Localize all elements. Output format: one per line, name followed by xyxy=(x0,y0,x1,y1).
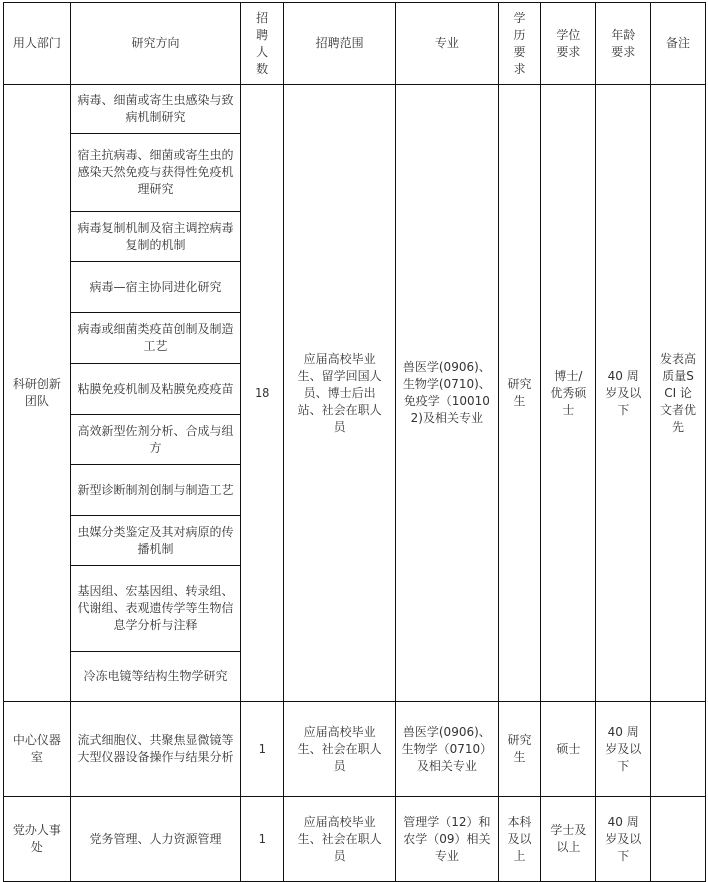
education-cell: 研究生 xyxy=(498,702,541,797)
direction-cell: 高效新型佐剂分析、合成与组方 xyxy=(70,415,240,465)
major-cell: 管理学（12）和农学（09）相关专业 xyxy=(396,797,498,882)
dept-cell: 中心仪器室 xyxy=(4,702,71,797)
direction-cell: 冷冻电镜等结构生物学研究 xyxy=(70,652,240,702)
education-cell: 研究生 xyxy=(498,85,541,702)
table-row: 党办人事处 党务管理、人力资源管理 1 应届高校毕业生、社会在职人员 管理学（1… xyxy=(4,797,706,882)
count-cell: 1 xyxy=(241,797,284,882)
degree-cell: 博士/优秀硕士 xyxy=(541,85,596,702)
header-age: 年龄要求 xyxy=(596,3,651,85)
count-cell: 18 xyxy=(241,85,284,702)
direction-cell: 病毒—宿主协同进化研究 xyxy=(70,262,240,313)
dept-cell: 科研创新团队 xyxy=(4,85,71,702)
count-cell: 1 xyxy=(241,702,284,797)
major-cell: 兽医学(0906)、生物学（0710）及相关专业 xyxy=(396,702,498,797)
header-row: 用人部门 研究方向 招聘人数 招聘范围 专业 学历要求 学位要求 年龄要求 备注 xyxy=(4,3,706,85)
age-cell: 40 周岁及以下 xyxy=(596,702,651,797)
education-cell: 本科及以上 xyxy=(498,797,541,882)
age-cell: 40 周岁及以下 xyxy=(596,797,651,882)
note-cell: 发表高质量SCI 论文者优先 xyxy=(651,85,706,702)
note-cell xyxy=(651,702,706,797)
direction-cell: 病毒或细菌类疫苗创制及制造工艺 xyxy=(70,313,240,364)
degree-cell: 硕士 xyxy=(541,702,596,797)
direction-cell: 病毒复制机制及宿主调控病毒复制的机制 xyxy=(70,212,240,262)
age-cell: 40 周岁及以下 xyxy=(596,85,651,702)
direction-cell: 基因组、宏基因组、转录组、代谢组、表观遗传学等生物信息学分析与注释 xyxy=(70,566,240,652)
degree-cell: 学士及以上 xyxy=(541,797,596,882)
header-dept: 用人部门 xyxy=(4,3,71,85)
recruitment-table: 用人部门 研究方向 招聘人数 招聘范围 专业 学历要求 学位要求 年龄要求 备注… xyxy=(3,2,706,882)
header-direction: 研究方向 xyxy=(70,3,240,85)
header-major: 专业 xyxy=(396,3,498,85)
dept-cell: 党办人事处 xyxy=(4,797,71,882)
table-row: 中心仪器室 流式细胞仪、共聚焦显微镜等大型仪器设备操作与结果分析 1 应届高校毕… xyxy=(4,702,706,797)
direction-cell: 宿主抗病毒、细菌或寄生虫的感染天然免疫与获得性免疫机理研究 xyxy=(70,134,240,212)
header-education: 学历要求 xyxy=(498,3,541,85)
scope-cell: 应届高校毕业生、社会在职人员 xyxy=(284,797,396,882)
header-scope: 招聘范围 xyxy=(284,3,396,85)
header-degree: 学位要求 xyxy=(541,3,596,85)
scope-cell: 应届高校毕业生、社会在职人员 xyxy=(284,702,396,797)
scope-cell: 应届高校毕业生、留学回国人员、博士后出站、社会在职人员 xyxy=(284,85,396,702)
direction-cell: 虫媒分类鉴定及其对病原的传播机制 xyxy=(70,516,240,566)
direction-cell: 病毒、细菌或寄生虫感染与致病机制研究 xyxy=(70,85,240,134)
header-note: 备注 xyxy=(651,3,706,85)
header-count: 招聘人数 xyxy=(241,3,284,85)
direction-cell: 党务管理、人力资源管理 xyxy=(70,797,240,882)
major-cell: 兽医学(0906)、生物学(0710)、免疫学（100102)及相关专业 xyxy=(396,85,498,702)
direction-cell: 新型诊断制剂创制与制造工艺 xyxy=(70,465,240,516)
table-row: 科研创新团队 病毒、细菌或寄生虫感染与致病机制研究 18 应届高校毕业生、留学回… xyxy=(4,85,706,134)
direction-cell: 流式细胞仪、共聚焦显微镜等大型仪器设备操作与结果分析 xyxy=(70,702,240,797)
direction-cell: 粘膜免疫机制及粘膜免疫疫苗 xyxy=(70,364,240,415)
note-cell xyxy=(651,797,706,882)
